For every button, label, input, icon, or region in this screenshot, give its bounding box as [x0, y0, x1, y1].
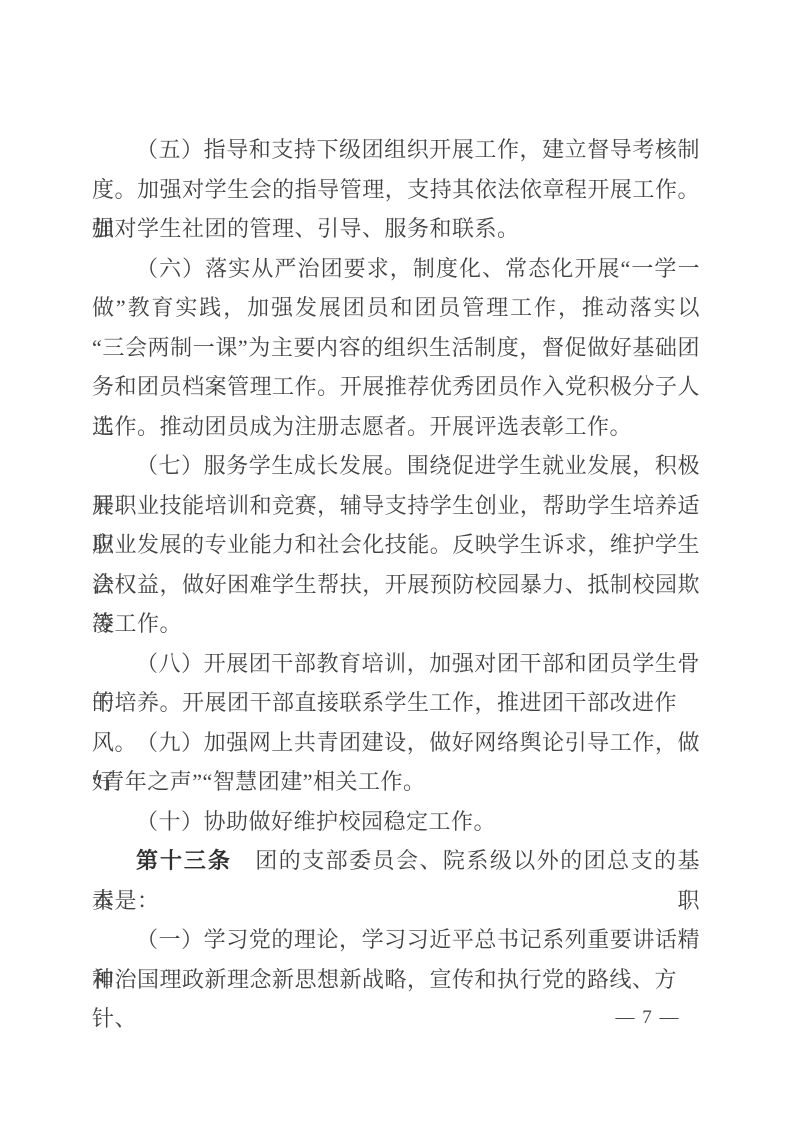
text-line: 法权益，做好困难学生帮扶，开展预防校园暴力、抵制校园欺凌	[92, 565, 700, 605]
text-line: （十）协助做好维护校园稳定工作。	[92, 802, 700, 842]
page-number: — 7 —	[616, 1007, 681, 1029]
paragraph-item-1: （一）学习党的理论，学习习近平总书记系列重要讲话精神和治国理政新理念新思想新战略…	[92, 920, 700, 999]
text-line: 务和团员档案管理工作。开展推荐优秀团员作入党积极分子人选	[92, 367, 700, 407]
text-line: 展职业技能培训和竞赛，辅导支持学生创业，帮助学生培养适应	[92, 486, 700, 526]
text-line: 第十三条 团的支部委员会、院系级以外的团总支的基本职	[92, 841, 700, 881]
text-line: 做”教育实践，加强发展团员和团员管理工作，推动落实以	[92, 288, 700, 328]
document-text-block: （五）指导和支持下级团组织开展工作，建立督导考核制度。加强对学生会的指导管理，支…	[92, 130, 700, 999]
text-line: （一）学习党的理论，学习习近平总书记系列重要讲话精神	[92, 920, 700, 960]
paragraph-item-8: （八）开展团干部教育培训，加强对团干部和团员学生骨干的培养。开展团干部直接联系学…	[92, 644, 700, 723]
paragraph-item-5: （五）指导和支持下级团组织开展工作，建立督导考核制度。加强对学生会的指导管理，支…	[92, 130, 700, 249]
article-number-label: 第十三条	[136, 848, 232, 873]
text-line: 等工作。	[92, 604, 700, 644]
paragraph-article-13: 第十三条 团的支部委员会、院系级以外的团总支的基本职责是：	[92, 841, 700, 920]
text-line: （九）加强网上共青团建设，做好网络舆论引导工作，做好	[92, 723, 700, 763]
paragraph-item-9: （九）加强网上共青团建设，做好网络舆论引导工作，做好“青年之声”“智慧团建”相关…	[92, 723, 700, 802]
text-line: （七）服务学生成长发展。围绕促进学生就业发展，积极开	[92, 446, 700, 486]
text-line: 工作。推动团员成为注册志愿者。开展评选表彰工作。	[92, 407, 700, 447]
paragraph-item-6: （六）落实从严治团要求，制度化、常态化开展“一学一做”教育实践，加强发展团员和团…	[92, 249, 700, 447]
text-line: （五）指导和支持下级团组织开展工作，建立督导考核制	[92, 130, 700, 170]
text-line: 强对学生社团的管理、引导、服务和联系。	[92, 209, 700, 249]
text-line: “三会两制一课”为主要内容的组织生活制度，督促做好基础团	[92, 328, 700, 368]
text-line: 度。加强对学生会的指导管理，支持其依法依章程开展工作。加	[92, 170, 700, 210]
document-page: （五）指导和支持下级团组织开展工作，建立督导考核制度。加强对学生会的指导管理，支…	[0, 0, 793, 1122]
text-line: （八）开展团干部教育培训，加强对团干部和团员学生骨干	[92, 644, 700, 684]
paragraph-item-10: （十）协助做好维护校园稳定工作。	[92, 802, 700, 842]
text-line: “青年之声”“智慧团建”相关工作。	[92, 762, 700, 802]
paragraph-item-7: （七）服务学生成长发展。围绕促进学生就业发展，积极开展职业技能培训和竞赛，辅导支…	[92, 446, 700, 644]
text-line: 的培养。开展团干部直接联系学生工作，推进团干部改进作风。	[92, 683, 700, 723]
text-line: 和治国理政新理念新思想新战略，宣传和执行党的路线、方针、	[92, 960, 700, 1000]
text-line: （六）落实从严治团要求，制度化、常态化开展“一学一	[92, 249, 700, 289]
text-line: 职业发展的专业能力和社会化技能。反映学生诉求，维护学生合	[92, 525, 700, 565]
